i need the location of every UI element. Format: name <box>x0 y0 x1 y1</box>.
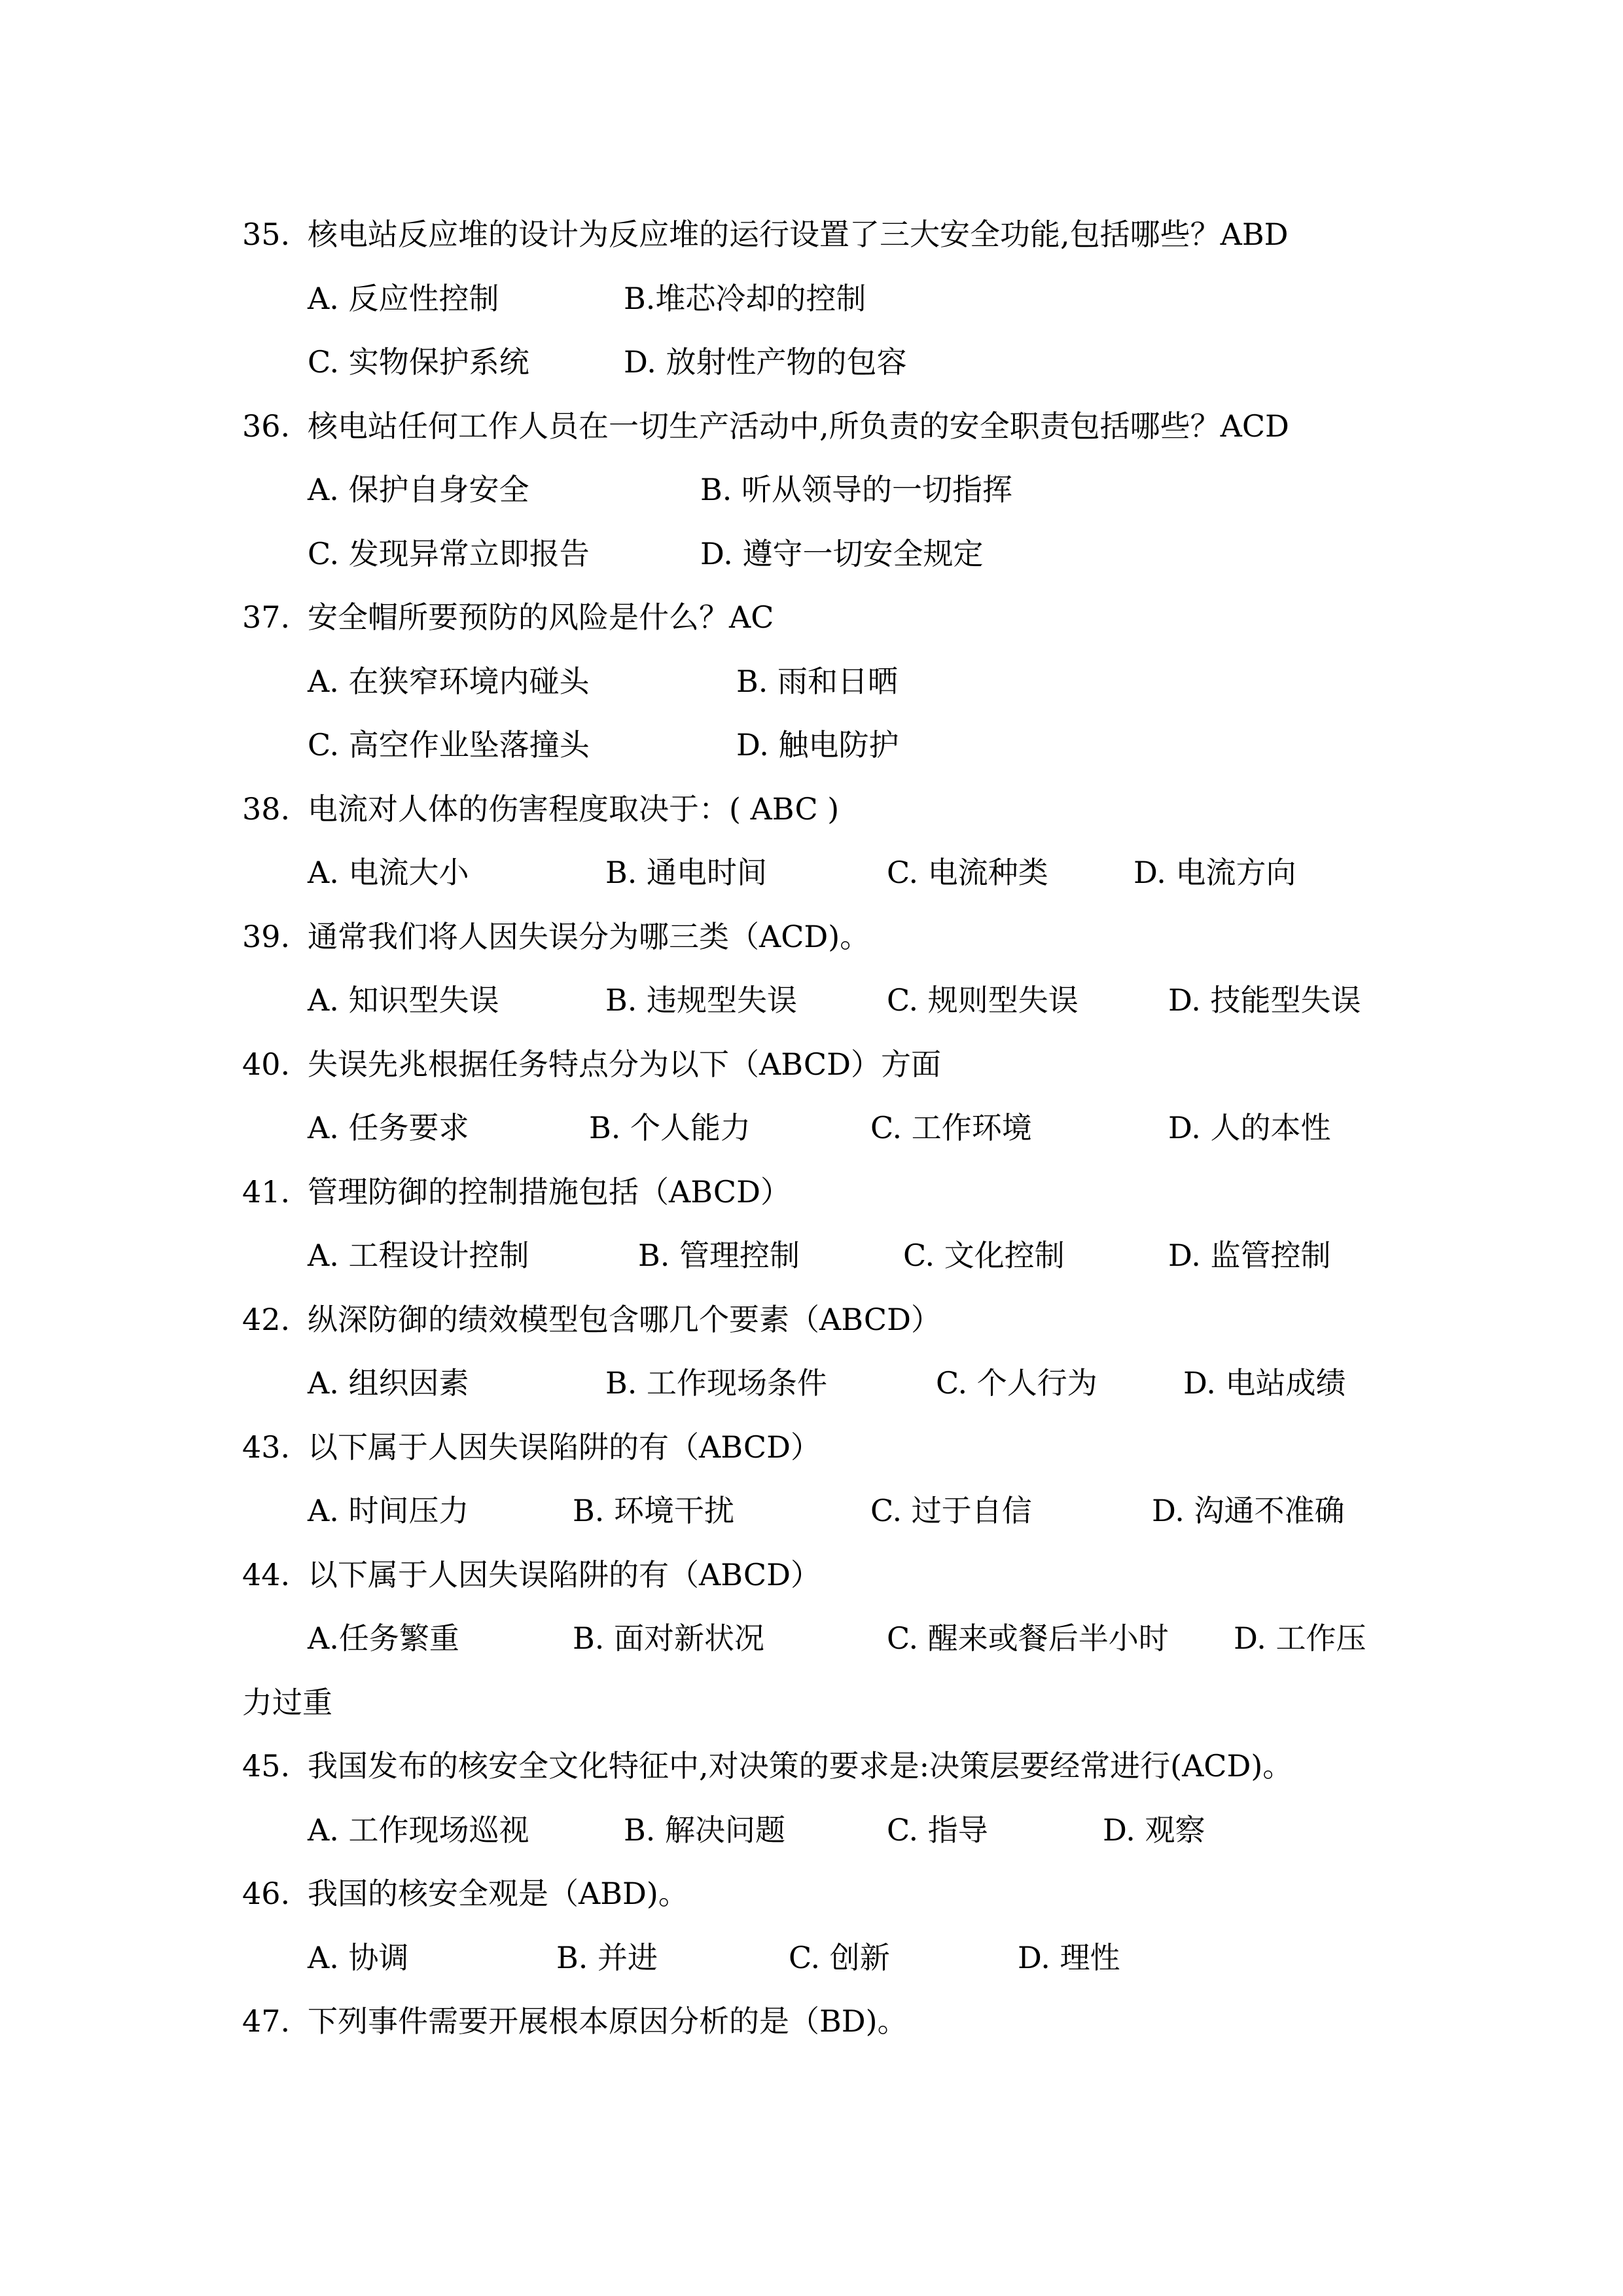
question-stem: 41.管理防御的控制措施包括（ABCD） <box>242 1160 791 1224</box>
question-text: 管理防御的控制措施包括（ABCD） <box>308 1174 791 1210</box>
answer-option: D. 触电防护 <box>736 713 899 777</box>
option-continuation: 力过重 <box>242 1671 332 1734</box>
question-text: 电流对人体的伤害程度取决于：( ABC ) <box>308 791 839 827</box>
answer-option: B. 管理控制 <box>638 1224 800 1287</box>
question-stem: 35.核电站反应堆的设计为反应堆的运行设置了三大安全功能,包括哪些？ABD <box>242 203 1289 266</box>
question-text: 我国的核安全观是（ABD)。 <box>308 1876 688 1911</box>
question-stem: 36.核电站任何工作人员在一切生产活动中,所负责的安全职责包括哪些？ACD <box>242 395 1289 458</box>
question-text: 以下属于人因失误陷阱的有（ABCD） <box>308 1557 821 1592</box>
answer-option: A. 知识型失误 <box>308 969 499 1032</box>
answer-option: C. 发现异常立即报告 <box>308 522 590 586</box>
answer-option: D. 放射性产物的包容 <box>624 331 907 394</box>
question-number: 38. <box>242 778 308 841</box>
question-text: 核电站任何工作人员在一切生产活动中,所负责的安全职责包括哪些？ACD <box>308 408 1289 444</box>
question-text: 我国发布的核安全文化特征中,对决策的要求是:决策层要经常进行(ACD)。 <box>308 1748 1293 1784</box>
answer-option: A. 电流大小 <box>308 841 469 905</box>
answer-option: A. 任务要求 <box>308 1096 469 1160</box>
answer-option: D. 理性 <box>1018 1926 1120 1990</box>
answer-option: A. 工程设计控制 <box>308 1224 529 1287</box>
question-number: 35. <box>242 203 308 266</box>
document-page: 35.核电站反应堆的设计为反应堆的运行设置了三大安全功能,包括哪些？ABDA. … <box>0 0 1623 2296</box>
question-number: 37. <box>242 586 308 649</box>
answer-option: A. 协调 <box>308 1926 408 1990</box>
question-stem: 42.纵深防御的绩效模型包含哪几个要素（ABCD） <box>242 1288 941 1352</box>
answer-option: B. 工作现场条件 <box>605 1352 827 1415</box>
question-number: 47. <box>242 1990 308 2053</box>
question-text: 安全帽所要预防的风险是什么？AC <box>308 600 774 635</box>
question-text: 核电站反应堆的设计为反应堆的运行设置了三大安全功能,包括哪些？ABD <box>308 217 1289 252</box>
answer-option: D. 遵守一切安全规定 <box>700 522 984 586</box>
answer-option: D. 人的本性 <box>1168 1096 1331 1160</box>
answer-option: A. 保护自身安全 <box>308 458 529 522</box>
answer-option: D. 工作压 <box>1234 1607 1366 1670</box>
answer-option: C. 醒来或餐后半小时 <box>887 1607 1169 1670</box>
question-number: 42. <box>242 1288 308 1352</box>
question-number: 45. <box>242 1734 308 1798</box>
question-text: 以下属于人因失误陷阱的有（ABCD） <box>308 1429 821 1465</box>
question-stem: 39.通常我们将人因失误分为哪三类（ACD)。 <box>242 905 870 969</box>
answer-option: C. 文化控制 <box>903 1224 1065 1287</box>
answer-option: D. 沟通不准确 <box>1152 1479 1345 1543</box>
answer-option: C. 过于自信 <box>870 1479 1032 1543</box>
answer-option: A. 组织因素 <box>308 1352 469 1415</box>
question-stem: 43.以下属于人因失误陷阱的有（ABCD） <box>242 1416 821 1479</box>
question-stem: 46.我国的核安全观是（ABD)。 <box>242 1862 688 1926</box>
answer-option: B. 听从领导的一切指挥 <box>700 458 1012 522</box>
question-number: 41. <box>242 1160 308 1224</box>
question-text: 通常我们将人因失误分为哪三类（ACD)。 <box>308 919 870 954</box>
answer-option: B. 个人能力 <box>589 1096 751 1160</box>
answer-option: B. 环境干扰 <box>573 1479 734 1543</box>
question-number: 40. <box>242 1033 308 1096</box>
answer-option: B.堆芯冷却的控制 <box>624 267 866 331</box>
answer-option: D. 监管控制 <box>1168 1224 1331 1287</box>
answer-option: C. 实物保护系统 <box>308 331 529 394</box>
answer-option: C. 规则型失误 <box>887 969 1079 1032</box>
question-number: 39. <box>242 905 308 969</box>
question-stem: 44.以下属于人因失误陷阱的有（ABCD） <box>242 1543 821 1607</box>
answer-option: C. 创新 <box>789 1926 890 1990</box>
answer-option: C. 指导 <box>887 1799 988 1862</box>
answer-option: D. 电流方向 <box>1133 841 1296 905</box>
question-stem: 47.下列事件需要开展根本原因分析的是（BD)。 <box>242 1990 908 2053</box>
question-number: 36. <box>242 395 308 458</box>
question-number: 43. <box>242 1416 308 1479</box>
answer-option: D. 技能型失误 <box>1168 969 1361 1032</box>
question-text: 下列事件需要开展根本原因分析的是（BD)。 <box>308 2003 908 2039</box>
answer-option: C. 高空作业坠落撞头 <box>308 713 590 777</box>
answer-option: D. 电站成绩 <box>1183 1352 1346 1415</box>
question-stem: 38.电流对人体的伤害程度取决于：( ABC ) <box>242 778 839 841</box>
answer-option: B. 面对新状况 <box>573 1607 764 1670</box>
question-stem: 45.我国发布的核安全文化特征中,对决策的要求是:决策层要经常进行(ACD)。 <box>242 1734 1293 1798</box>
answer-option: A. 反应性控制 <box>308 267 499 331</box>
answer-option: A.任务繁重 <box>308 1607 459 1670</box>
answer-option: A. 在狭窄环境内碰头 <box>308 650 589 713</box>
answer-option: B. 违规型失误 <box>605 969 797 1032</box>
answer-option: C. 工作环境 <box>870 1096 1032 1160</box>
answer-option: B. 并进 <box>556 1926 658 1990</box>
answer-option: C. 个人行为 <box>936 1352 1097 1415</box>
question-number: 46. <box>242 1862 308 1926</box>
question-number: 44. <box>242 1543 308 1607</box>
question-text: 纵深防御的绩效模型包含哪几个要素（ABCD） <box>308 1302 941 1337</box>
answer-option: A. 时间压力 <box>308 1479 469 1543</box>
question-stem: 40.失误先兆根据任务特点分为以下（ABCD）方面 <box>242 1033 941 1096</box>
answer-option: A. 工作现场巡视 <box>308 1799 529 1862</box>
question-stem: 37.安全帽所要预防的风险是什么？AC <box>242 586 774 649</box>
answer-option: B. 雨和日晒 <box>736 650 898 713</box>
answer-option: B. 解决问题 <box>624 1799 785 1862</box>
answer-option: B. 通电时间 <box>605 841 767 905</box>
answer-option: C. 电流种类 <box>887 841 1048 905</box>
question-text: 失误先兆根据任务特点分为以下（ABCD）方面 <box>308 1047 941 1082</box>
answer-option: D. 观察 <box>1103 1799 1205 1862</box>
